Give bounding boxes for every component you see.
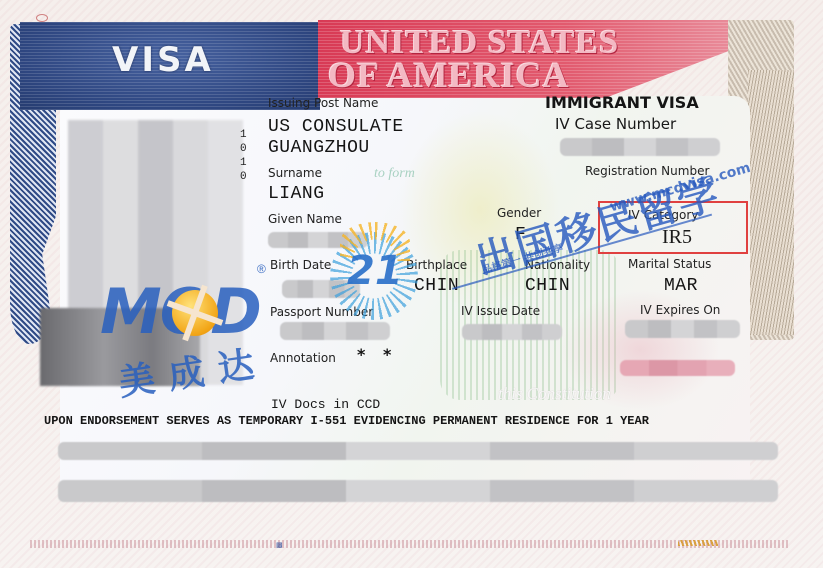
- badge-21-number: 21: [347, 248, 403, 294]
- birth-date-label: Birth Date: [270, 258, 331, 272]
- iv-issue-date-redacted: [462, 324, 562, 340]
- mrz-line-2-redacted: [58, 480, 778, 502]
- marital-status-value: MAR: [664, 276, 698, 296]
- nationality-value: CHIN: [525, 276, 570, 296]
- passport-number-redacted: [280, 322, 390, 340]
- iv-expires-on-redacted: [625, 320, 740, 338]
- visa-document: VISA UNITED STATES OF AMERICA to form th…: [0, 0, 823, 568]
- additional-field-redacted: [620, 360, 735, 376]
- mrz-line-1-redacted: [58, 442, 778, 460]
- issuing-post-value-line1: US CONSULATE: [268, 117, 404, 137]
- iv-docs-text: IV Docs in CCD: [271, 397, 380, 412]
- iv-case-number-redacted: [560, 138, 720, 156]
- gold-security-mark: [678, 540, 718, 546]
- microprint-mark: ▩: [276, 541, 283, 549]
- usa-banner-line2: OF AMERICA: [328, 54, 570, 96]
- visa-banner-title: VISA: [112, 40, 214, 80]
- corner-mark: [36, 14, 48, 22]
- issuing-post-label: Issuing Post Name: [268, 96, 378, 110]
- surname-label: Surname: [268, 166, 322, 180]
- mod-star-icon: [172, 290, 218, 336]
- right-guilloche-strip: [748, 70, 794, 335]
- annotation-label: Annotation: [270, 351, 336, 365]
- endorsement-text: UPON ENDORSEMENT SERVES AS TEMPORARY I-5…: [44, 414, 649, 428]
- marital-status-label: Marital Status: [628, 257, 711, 271]
- background-script-text: to form: [374, 166, 415, 182]
- iv-case-number-label: IV Case Number: [555, 115, 676, 133]
- registered-mark: ®: [257, 262, 266, 276]
- surname-value: LIANG: [268, 184, 325, 204]
- annotation-value: * *: [357, 345, 397, 364]
- background-script-constitution: this Constitution: [498, 384, 611, 404]
- bottom-microprint: [30, 540, 790, 548]
- iv-issue-date-label: IV Issue Date: [461, 304, 540, 318]
- issuing-post-value-line2: GUANGZHOU: [268, 138, 370, 158]
- birthplace-value: CHIN: [414, 276, 459, 296]
- given-name-label: Given Name: [268, 212, 342, 226]
- check-digits: 1 0 1 0: [240, 128, 250, 184]
- iv-expires-on-label: IV Expires On: [640, 303, 720, 317]
- immigrant-visa-title: IMMIGRANT VISA: [545, 93, 699, 112]
